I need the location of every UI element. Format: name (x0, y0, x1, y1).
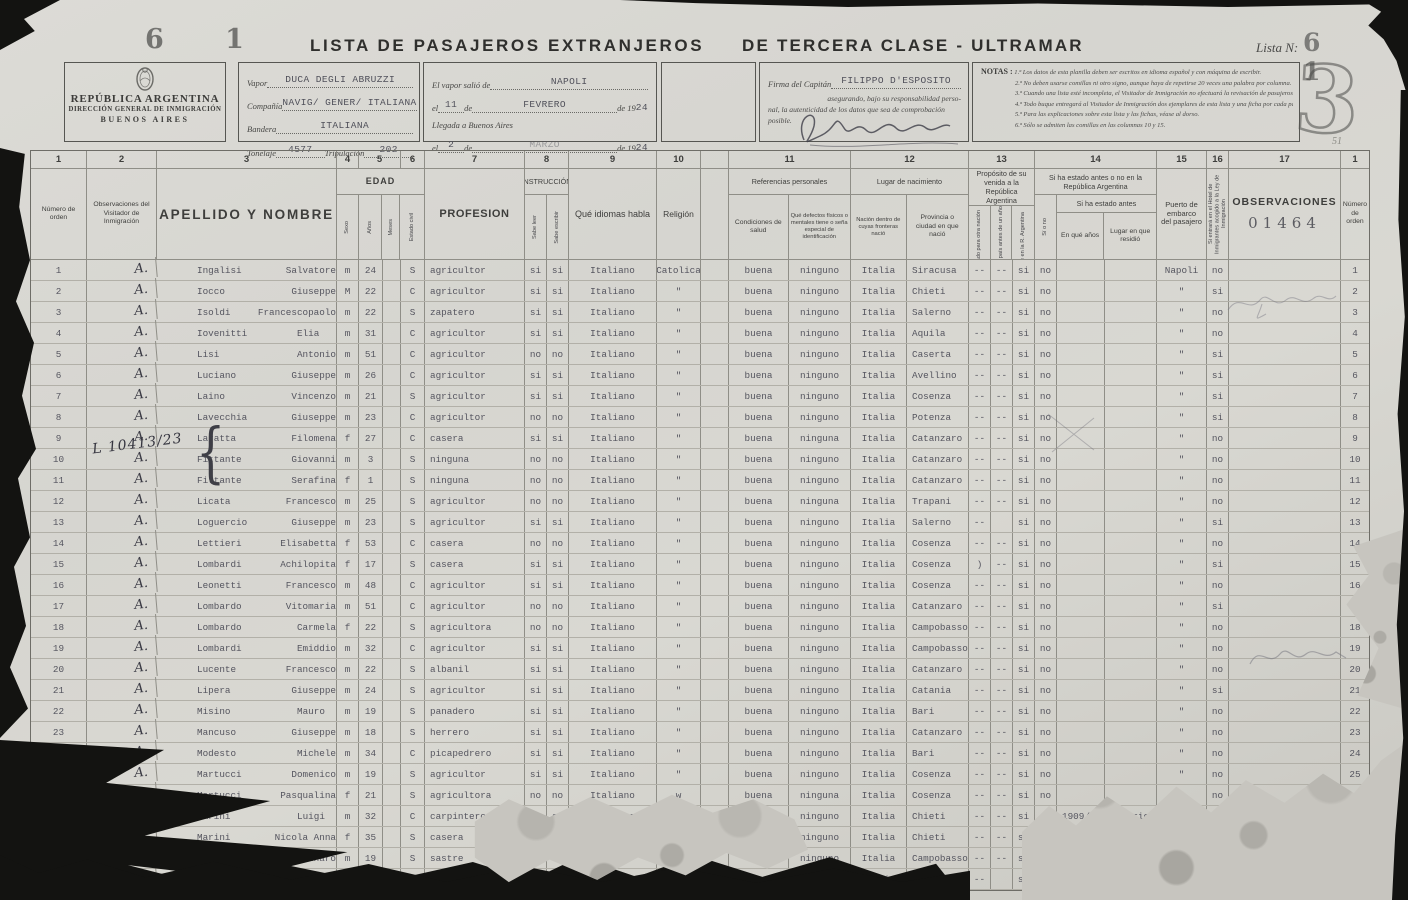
cell-p3: si (1013, 260, 1035, 280)
cell-gap (701, 491, 729, 511)
cell-prof: panadero (425, 701, 525, 721)
cell-n: 9 (31, 428, 87, 448)
cell-rel: " (657, 428, 701, 448)
cell-prof: agricultor (425, 281, 525, 301)
cell-sx: m (337, 596, 359, 616)
cell-name: LicataFrancesco (157, 491, 337, 511)
cell-sx: m (337, 722, 359, 742)
cell-name: MariniNicola Anna (157, 827, 337, 847)
cell-esc: si (547, 260, 569, 280)
cell-gap (701, 638, 729, 658)
cell-n: 22 (31, 701, 87, 721)
cell-prof: casera (425, 827, 525, 847)
header-instruccion-group: INSTRUCCIÓN Sabe leer Sabe escribir (525, 169, 569, 259)
header-referencias: Referencias personales (729, 169, 850, 195)
cell-lug (1105, 428, 1157, 448)
cell-ec: C (401, 575, 425, 595)
cell-p2: -- (991, 260, 1013, 280)
table-row: 9A.LarattaFilomenaf27CcaserasisiItaliano… (31, 428, 1369, 449)
compania-label: Compañía (247, 101, 282, 111)
passenger-table: 1 2 3 4 5 6 7 8 9 10 11 12 13 14 15 16 1… (30, 150, 1370, 891)
cell-lug (1105, 722, 1157, 742)
cell-hot: si (1207, 344, 1229, 364)
cell-esc: no (547, 596, 569, 616)
page-title: LISTA DE PASAJEROS EXTRANJEROS (310, 36, 704, 56)
cell-esc: si (547, 554, 569, 574)
cell-nac: Italia (851, 785, 907, 805)
cell-def: ninguno (789, 407, 851, 427)
cell-prof: agricultora (425, 617, 525, 637)
cell-pto: " (1157, 407, 1207, 427)
cell-p1: -- (969, 365, 991, 385)
de19-label: de 19 (617, 103, 636, 113)
header-estado-antes-group: Si ha estado antes o no en la República … (1035, 169, 1157, 259)
de-label: de (464, 103, 472, 113)
table-row: 6A.LucianoGiuseppem26CagricultorsisiItal… (31, 365, 1369, 386)
cell-prof: agricultor (425, 596, 525, 616)
table-row: 18A.LombardoCarmelaf22SagricultoranonoIt… (31, 617, 1369, 638)
cell-sal: buena (729, 302, 789, 322)
cell-pto: " (1157, 554, 1207, 574)
cell-rel: " (657, 491, 701, 511)
cell-nac: Italia (851, 680, 907, 700)
table-row: 20A.LucenteFrancescom22SalbanilsisiItali… (31, 659, 1369, 680)
cell-rel: " (657, 386, 701, 406)
cell-prof: agricultor (425, 680, 525, 700)
colnum-16: 16 (1207, 151, 1229, 168)
cell-sx: m (337, 260, 359, 280)
cell-prof: casera (425, 554, 525, 574)
cell-esc: si (547, 512, 569, 532)
cell-gap (701, 806, 729, 826)
cell-leer: si (525, 281, 547, 301)
cell-ec: S (401, 764, 425, 784)
cell-idi (569, 848, 657, 868)
cell-prof: agricultor (425, 638, 525, 658)
cell-p3: si (1013, 680, 1035, 700)
cell-est: no (1035, 869, 1057, 889)
cell-p1: -- (969, 344, 991, 364)
cell-p2: -- (991, 596, 1013, 616)
cell-name: LombardoVitomaria (157, 596, 337, 616)
cell-an: 25 (359, 491, 383, 511)
cell-leer: si (525, 743, 547, 763)
cell-prov: Bari (907, 743, 969, 763)
cell-n2: 12 (1341, 491, 1369, 511)
cell-ec: S (401, 491, 425, 511)
cell-n: 11 (31, 470, 87, 490)
cell-name: MartucciDomenico (157, 764, 337, 784)
cell-n: 16 (31, 575, 87, 595)
cell-n: 4 (31, 323, 87, 343)
cell-ec: S (401, 386, 425, 406)
cell-an: 21 (359, 785, 383, 805)
cell-pto (1157, 869, 1207, 889)
cell-sx: m (337, 680, 359, 700)
cell-hot: no (1207, 491, 1229, 511)
cell-nac: Italia (851, 533, 907, 553)
cell-p2: -- (991, 428, 1013, 448)
cell-rel: " (657, 764, 701, 784)
cell-p2 (991, 869, 1013, 889)
cell-sx: m (337, 302, 359, 322)
cell-name: IngalisiSalvatore (157, 260, 337, 280)
cell-esc: no (547, 491, 569, 511)
cell-obs2 (1229, 806, 1341, 826)
cell-est: no (1035, 533, 1057, 553)
cell-me (383, 281, 401, 301)
cell-esc: no (547, 533, 569, 553)
table-row: 8A.LavecchiaGiuseppem23CagricultornonoIt… (31, 407, 1369, 428)
cell-me (383, 617, 401, 637)
cell-hot: no (1207, 701, 1229, 721)
cell-anos (1057, 743, 1105, 763)
cell-hot: no (1207, 260, 1229, 280)
cell-obs2 (1229, 407, 1341, 427)
cell-def: ninguno (789, 365, 851, 385)
cell-me (383, 827, 401, 847)
cell-obs2 (1229, 785, 1341, 805)
cell-hot: no (1207, 659, 1229, 679)
cell-pto (1157, 848, 1207, 868)
cell-gap (701, 302, 729, 322)
cell-pto: " (1157, 386, 1207, 406)
cell-an: 51 (359, 596, 383, 616)
cell-n: 26 (31, 785, 87, 805)
cell-n: 25 (31, 764, 87, 784)
cell-ec: S (401, 722, 425, 742)
cell-sx: f (337, 470, 359, 490)
cell-prof: casera (425, 428, 525, 448)
cell-name: FittanteSerafina (157, 470, 337, 490)
cell-me (383, 491, 401, 511)
cell-p3: si (1013, 617, 1035, 637)
cell-lug (1105, 743, 1157, 763)
colnum-4: 4 (337, 151, 359, 168)
table-row: 3A.IsoldiFrancescopaolom22SzapaterosisiI… (31, 302, 1369, 323)
header-idiomas: Qué idiomas habla (569, 169, 657, 259)
cell-idi: Italiano (569, 449, 657, 469)
cell-prof: agricultor (425, 764, 525, 784)
cell-p3: si (1013, 302, 1035, 322)
header-anos: Años (367, 221, 374, 234)
cell-p2: -- (991, 386, 1013, 406)
cell-idi: Italiano (569, 407, 657, 427)
table-body: 1A.IngalisiSalvatorem24SagricultorsisiIt… (31, 260, 1369, 890)
cell-def: ninguno (789, 617, 851, 637)
cell-gap (701, 575, 729, 595)
header-sabe-leer: Sabe leer (532, 215, 539, 239)
cell-name: LavecchiaGiuseppe (157, 407, 337, 427)
cell-esc: si (547, 722, 569, 742)
cell-n: 8 (31, 407, 87, 427)
cell-name: LucenteFrancesco (157, 659, 337, 679)
cell-anos (1057, 659, 1105, 679)
cell-an: 36 (359, 869, 383, 889)
firma-label: Firma del Capitán (768, 79, 831, 89)
cell-p2: -- (991, 281, 1013, 301)
cell-est: no (1035, 575, 1057, 595)
cell-hot: si (1207, 281, 1229, 301)
cell-anos (1057, 302, 1105, 322)
cell-sal: buena (729, 554, 789, 574)
cell-obs2 (1229, 848, 1341, 868)
cell-gap (701, 260, 729, 280)
cell-p1: -- (969, 680, 991, 700)
cell-p2: -- (991, 491, 1013, 511)
cell-an: 34 (359, 743, 383, 763)
cell-def: ninguno (789, 575, 851, 595)
cell-leer: no (525, 470, 547, 490)
nota-2: 2.ª No deben usarse comillas ni otro sig… (981, 79, 1293, 90)
cell-sx: f (337, 428, 359, 448)
cell-gap (701, 701, 729, 721)
cell-nac: Italia (851, 638, 907, 658)
table-row: 22A.MisinoMaurom19SpanaderosisiItaliano"… (31, 701, 1369, 722)
cell-anos (1057, 638, 1105, 658)
cell-name: LeonettiFrancesco (157, 575, 337, 595)
cell-p1: -- (969, 785, 991, 805)
cell-esc: no (547, 407, 569, 427)
cell-anos (1057, 323, 1105, 343)
header-proposito: Propósito de su venida a la República Ar… (969, 169, 1034, 206)
cell-sal: buena (729, 386, 789, 406)
cell-p3: si (1013, 470, 1035, 490)
header-referencias-group: Referencias personales Condiciones de sa… (729, 169, 851, 259)
cell-ec: C (401, 596, 425, 616)
cell-p2: -- (991, 575, 1013, 595)
cell-sal: buena (729, 596, 789, 616)
cell-nac: Italia (851, 575, 907, 595)
cell-def: ninguna (789, 491, 851, 511)
cell-n: 20 (31, 659, 87, 679)
cell-n2: 16 (1341, 575, 1369, 595)
cell-prov: Avellino (907, 365, 969, 385)
cell-n2 (1341, 848, 1369, 868)
cell-ec: S (401, 659, 425, 679)
cell-anos (1057, 680, 1105, 700)
cell-ec: S (401, 680, 425, 700)
cell-n: 17 (31, 596, 87, 616)
cell-idi: Italiano (569, 533, 657, 553)
cell-p1: -- (969, 323, 991, 343)
cell-obs2 (1229, 554, 1341, 574)
cell-me (383, 407, 401, 427)
cell-prof: agricultor (425, 407, 525, 427)
cell-prov: Chieti (907, 281, 969, 301)
header-provincia: Provincia o ciudad en que nació (907, 195, 968, 259)
cell-anos (1057, 449, 1105, 469)
cell-esc: si (547, 680, 569, 700)
cell-p2: -- (991, 701, 1013, 721)
cell-n2: 5 (1341, 344, 1369, 364)
cell-rel: " (657, 554, 701, 574)
cell-prov: Siracusa (907, 260, 969, 280)
cell-p3: si (1013, 449, 1035, 469)
cell-me (383, 512, 401, 532)
cell-name: IoccoGiuseppe (157, 281, 337, 301)
header-numero-orden-2: Número de orden (1341, 169, 1369, 259)
cell-p1: -- (969, 617, 991, 637)
cell-def: ninguno (789, 638, 851, 658)
cell-ec: C (401, 869, 425, 889)
cell-idi: Italiano (569, 743, 657, 763)
cell-gap (701, 386, 729, 406)
cell-esc: si (547, 806, 569, 826)
salio-month: FEVRERO (523, 99, 566, 110)
table-header-row: Número de orden Observaciones del Visita… (31, 169, 1369, 260)
nota-6: 6.ª Sólo se admiten las comillas en las … (981, 121, 1293, 132)
cell-est: no (1035, 302, 1057, 322)
cell-leer: si (525, 428, 547, 448)
cell-me (383, 785, 401, 805)
cell-me (383, 470, 401, 490)
cell-est: no (1035, 785, 1057, 805)
cell-nac: Italia (851, 386, 907, 406)
cell-me (383, 323, 401, 343)
cell-nac: Italia (851, 743, 907, 763)
cell-name (157, 869, 337, 889)
cell-p2: -- (991, 344, 1013, 364)
cell-n2: 21 (1341, 680, 1369, 700)
cell-def: ninguna (789, 428, 851, 448)
cell-n2 (1341, 869, 1369, 889)
cell-n: 6 (31, 365, 87, 385)
header-si-o-no: Sí o no (1042, 218, 1049, 236)
cell-p3: si (1013, 386, 1035, 406)
cell-p2: -- (991, 323, 1013, 343)
cell-hot (1207, 869, 1229, 889)
table-row: 19A.LombardiEmiddiom32CagricultorsisiIta… (31, 638, 1369, 659)
cell-esc: si (547, 281, 569, 301)
cell-p2: -- (991, 680, 1013, 700)
cell-esc: si (547, 575, 569, 595)
cell-hot: si (1207, 554, 1229, 574)
cell-gap (701, 281, 729, 301)
cell-n2: 7 (1341, 386, 1369, 406)
cell-prof: agricultor (425, 365, 525, 385)
family-group-brace: { (196, 414, 225, 491)
cell-p2: -- (991, 449, 1013, 469)
cell-idi: Italiano (569, 491, 657, 511)
cell-rel: " (657, 743, 701, 763)
cell-obs2 (1229, 323, 1341, 343)
cell-sx: m (337, 449, 359, 469)
cell-lug: Rosario (1105, 806, 1157, 826)
cell-p1: -- (969, 491, 991, 511)
cell-rel: " (657, 281, 701, 301)
cell-prov: Aquila (907, 323, 969, 343)
cell-esc (547, 848, 569, 868)
cell-an: 21 (359, 386, 383, 406)
cell-pto: " (1157, 638, 1207, 658)
cell-me (383, 722, 401, 742)
cell-nac: Italia (851, 428, 907, 448)
cell-an: 19 (359, 701, 383, 721)
cell-ec: S (401, 827, 425, 847)
lleg-month: MARZO (529, 139, 560, 150)
cell-p3: si (1013, 722, 1035, 742)
cell-n2: 6 (1341, 365, 1369, 385)
cell-prov: Campobasso (907, 638, 969, 658)
cell-def: ninguno (789, 512, 851, 532)
cell-sx: m (337, 344, 359, 364)
cell-prov: Salerno (907, 512, 969, 532)
cell-gap (701, 596, 729, 616)
cell-p1: -- (969, 659, 991, 679)
table-row: 15A.LombardiAchilopitaf17ScaserasisiItal… (31, 554, 1369, 575)
cell-leer (525, 848, 547, 868)
cell-anos (1057, 386, 1105, 406)
cell-rel: " (657, 344, 701, 364)
cell-obs2 (1229, 638, 1341, 658)
cell-n2: 4 (1341, 323, 1369, 343)
cell-sx: m (337, 386, 359, 406)
cell-pto: " (1157, 344, 1207, 364)
cell-def: ninguno (789, 806, 851, 826)
cell-prov: Catanzaro (907, 659, 969, 679)
cell-n: 29 (31, 848, 87, 868)
table-row: 24A.ModestoMichelem34CpicapedrerosisiIta… (31, 743, 1369, 764)
cell-rel: " (657, 449, 701, 469)
cell-sx: f (337, 554, 359, 574)
cell-sx: f (337, 869, 359, 889)
cell-est: no (1035, 491, 1057, 511)
cell-ec: S (401, 302, 425, 322)
cell-idi: Italiano (569, 596, 657, 616)
cell-prov: Catanzaro (907, 596, 969, 616)
cell-lug (1105, 869, 1157, 889)
cell-p1: -- (969, 533, 991, 553)
cell-lug (1105, 533, 1157, 553)
cell-p3: si (1013, 743, 1035, 763)
table-row: 28A.MariniNicola Annaf35ScaseraItaliano"… (31, 827, 1369, 848)
cell-prof: ninguna (425, 470, 525, 490)
org-country: REPÚBLICA ARGENTINA (71, 93, 220, 105)
cell-nac: Italia (851, 512, 907, 532)
cell-def: ninguno (789, 764, 851, 784)
cell-idi: Italiano (569, 680, 657, 700)
cell-esc: si (547, 764, 569, 784)
cell-anos (1057, 428, 1105, 448)
cell-sal (729, 869, 789, 889)
cell-p2: -- (991, 827, 1013, 847)
header-observaciones-visitador: Observaciones del Visitador de Inmigraci… (87, 169, 157, 259)
cell-sal: buena (729, 470, 789, 490)
cell-nac: Italia (851, 470, 907, 490)
cell-gap (701, 554, 729, 574)
cell-me (383, 533, 401, 553)
cell-rel: " (657, 701, 701, 721)
cell-def: ninguno (789, 848, 851, 868)
cell-sx: f (337, 827, 359, 847)
cell-p1: -- (969, 407, 991, 427)
page-title-class: DE TERCERA CLASE - ULTRAMAR (742, 36, 1084, 56)
cell-prov: Potenza (907, 869, 969, 889)
cell-anos (1057, 554, 1105, 574)
cell-sal: buena (729, 512, 789, 532)
ship-info-box: Vapor DUCA DEGLI ABRUZZI Compañía NAVIG/… (238, 62, 420, 142)
cell-leer: si (525, 260, 547, 280)
cell-nac: Italia (851, 806, 907, 826)
header-observaciones-label: OBSERVACIONES (1232, 196, 1336, 208)
cell-ec: S (401, 617, 425, 637)
cell-sal: buena (729, 281, 789, 301)
cell-pto: " (1157, 680, 1207, 700)
cell-n2: 23 (1341, 722, 1369, 742)
cell-n: 23 (31, 722, 87, 742)
cell-name: LisiAntonio (157, 344, 337, 364)
